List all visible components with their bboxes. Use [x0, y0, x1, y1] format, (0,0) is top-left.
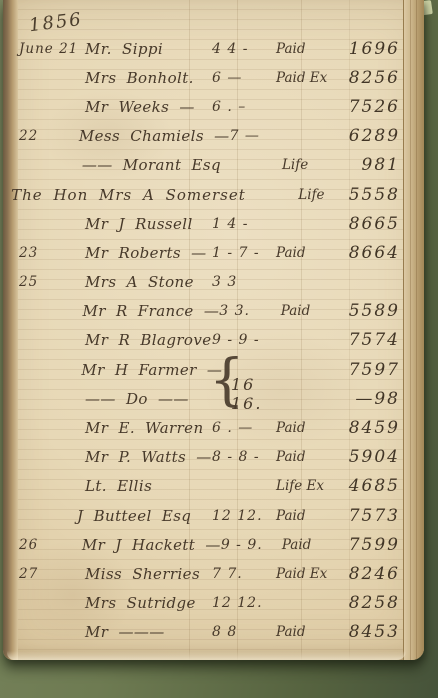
- ledger-row: Mr P. Watts — 8 - 8 - Paid 5904: [17, 443, 400, 472]
- entry-number: 7573: [334, 506, 400, 526]
- entry-number: 5904: [334, 447, 400, 467]
- entry-paid-status: Paid: [281, 303, 337, 319]
- ledger-row: Mr H Farmer — 7597: [17, 355, 400, 384]
- ledger-row: Mrs Sutridge 12 12. 8258: [17, 589, 400, 618]
- entry-number: 8664: [334, 243, 400, 263]
- entry-paid-status: Paid: [276, 508, 334, 524]
- entry-date: 26: [17, 537, 82, 553]
- entry-name: Mrs Sutridge: [85, 594, 212, 612]
- entry-amount: 9 - 9.: [221, 537, 282, 553]
- entry-number: 7597: [338, 360, 400, 380]
- entry-name: J Butteel Esq: [77, 507, 212, 525]
- entry-number: 1696: [334, 39, 400, 59]
- book-binding-edge: [3, 0, 18, 660]
- entry-number: 4685: [334, 476, 400, 496]
- entry-number: —98: [334, 389, 400, 409]
- scanned-ledger-photo: { "ledger": { "year": "1856", "entries":…: [0, 0, 438, 698]
- ledger-row: 27 Miss Sherries 7 7. Paid Ex 8246: [17, 559, 400, 588]
- entry-name: Mr E. Warren: [85, 419, 212, 437]
- entry-number: 7574: [334, 330, 400, 350]
- entry-amount: 4 4 -: [212, 41, 276, 57]
- entry-amount: 7 7.: [212, 566, 276, 582]
- ledger-row: —— Do —— —98: [17, 384, 400, 413]
- entry-paid-status: Paid: [276, 449, 334, 465]
- entry-date: 25: [17, 274, 85, 290]
- entry-paid-status: Paid: [276, 41, 334, 57]
- year-heading: 1856: [28, 9, 84, 36]
- entry-name: Mr J Hackett —: [82, 536, 221, 554]
- entry-name: Mr. Sippi: [85, 40, 212, 58]
- entry-name: The Hon Mrs A Somerset: [11, 186, 246, 204]
- entry-date: 23: [17, 245, 85, 261]
- ledger-row: —— Morant Esq Life 981: [17, 151, 400, 180]
- entry-amount: 6 . —: [212, 420, 276, 436]
- entry-name: Mr P. Watts —: [85, 448, 212, 466]
- entry-name: —— Do ——: [85, 390, 212, 408]
- ledger-row: 23 Mr Roberts — 1 - 7 - Paid 8664: [17, 238, 400, 267]
- entry-amount: 1 - 7 -: [212, 245, 276, 261]
- entry-amount: 12 12.: [212, 508, 276, 524]
- entry-number: 8459: [334, 418, 400, 438]
- entry-date: 27: [17, 566, 85, 582]
- ledger-row: Mrs Bonholt. 6 — Paid Ex 8256: [17, 63, 400, 92]
- entry-date: 22: [17, 128, 79, 144]
- entry-number: 8246: [334, 564, 400, 584]
- entry-paid-status: Life Ex: [276, 478, 334, 494]
- entry-number: 7599: [337, 535, 400, 555]
- entry-amount: 6 —: [212, 70, 276, 86]
- entry-paid-status: Paid Ex: [276, 566, 334, 582]
- ledger-row: 22 Mess Chamiels — 7 — 6289: [17, 122, 400, 151]
- entry-number: 7526: [334, 97, 400, 117]
- entry-name: Mr Weeks —: [85, 98, 212, 116]
- entry-date: June 21: [17, 41, 85, 57]
- page-stack-edge: [403, 0, 424, 660]
- entry-paid-status: Life: [298, 187, 346, 203]
- entry-name: Miss Sherries: [85, 565, 212, 583]
- entry-amount: 6 . –: [212, 99, 276, 115]
- ledger-row: J Butteel Esq 12 12. Paid 7573: [17, 501, 400, 530]
- entry-paid-status: Life: [282, 157, 337, 173]
- entry-name: Lt. Ellis: [85, 477, 212, 495]
- entry-number: 5589: [337, 301, 400, 321]
- entry-paid-status: Paid Ex: [276, 70, 334, 86]
- entry-number: 8256: [334, 68, 400, 88]
- ledger-row: Mr J Russell 1 4 - 8665: [17, 209, 400, 238]
- ledger-row: 26 Mr J Hackett — 9 - 9. Paid 7599: [17, 530, 400, 559]
- ledger-row: Lt. Ellis Life Ex 4685: [17, 472, 400, 501]
- ledger-row: 25 Mrs A Stone 3 3: [17, 268, 400, 297]
- entry-number: 981: [337, 155, 400, 175]
- entry-amount: 3 3.: [219, 303, 281, 319]
- entry-name: Mr H Farmer —: [81, 361, 222, 379]
- entry-amount: 12 12.: [212, 595, 276, 611]
- entry-paid-status: Paid: [276, 420, 334, 436]
- entry-amount: 3 3: [212, 274, 276, 290]
- ledger-row: June 21 Mr. Sippi 4 4 - Paid 1696: [17, 34, 400, 63]
- entry-name: Mrs A Stone: [85, 273, 212, 291]
- entry-name: Mess Chamiels —: [79, 127, 230, 145]
- entry-paid-status: Paid: [282, 537, 337, 553]
- entry-amount: 8 - 8 -: [212, 449, 276, 465]
- entry-name: Mr Roberts —: [85, 244, 212, 262]
- entry-name: Mr ———: [85, 623, 212, 641]
- entry-number: 8453: [334, 622, 400, 642]
- ledger-row: The Hon Mrs A Somerset Life 5558: [17, 180, 400, 209]
- entry-amount: 8 8: [212, 624, 276, 640]
- entry-amount: 9 - 9 -: [212, 332, 276, 348]
- ledger-row: Mr R France — 3 3. Paid 5589: [17, 297, 400, 326]
- entry-paid-status: Paid: [276, 624, 334, 640]
- entry-name: Mr R Blagrove: [85, 331, 212, 349]
- entry-number: 5558: [346, 185, 400, 205]
- entry-paid-status: Paid: [276, 245, 334, 261]
- ledger-row: Mr R Blagrove 9 - 9 - 7574: [17, 326, 400, 355]
- entry-number: 8258: [334, 593, 400, 613]
- entry-rows: June 21 Mr. Sippi 4 4 - Paid 1696 Mrs Bo…: [17, 34, 400, 647]
- entry-amount: 7 —: [230, 128, 288, 144]
- entry-amount: 1 4 -: [212, 216, 276, 232]
- entry-number: 6289: [340, 126, 400, 146]
- entry-name: Mr R France —: [82, 302, 219, 320]
- entry-name: Mr J Russell: [85, 215, 212, 233]
- page-bottom-edge: [7, 651, 406, 660]
- ledger-row: Mr E. Warren 6 . — Paid 8459: [17, 413, 400, 442]
- ledger-page: 1856 June 21 Mr. Sippi 4 4 - Paid 1696 M…: [3, 0, 424, 660]
- ledger-row: Mr Weeks — 6 . – 7526: [17, 92, 400, 121]
- ledger-row: Mr ——— 8 8 Paid 8453: [17, 618, 400, 647]
- entry-number: 8665: [334, 214, 400, 234]
- entry-name: Mrs Bonholt.: [85, 69, 212, 87]
- entry-name: —— Morant Esq: [82, 156, 221, 174]
